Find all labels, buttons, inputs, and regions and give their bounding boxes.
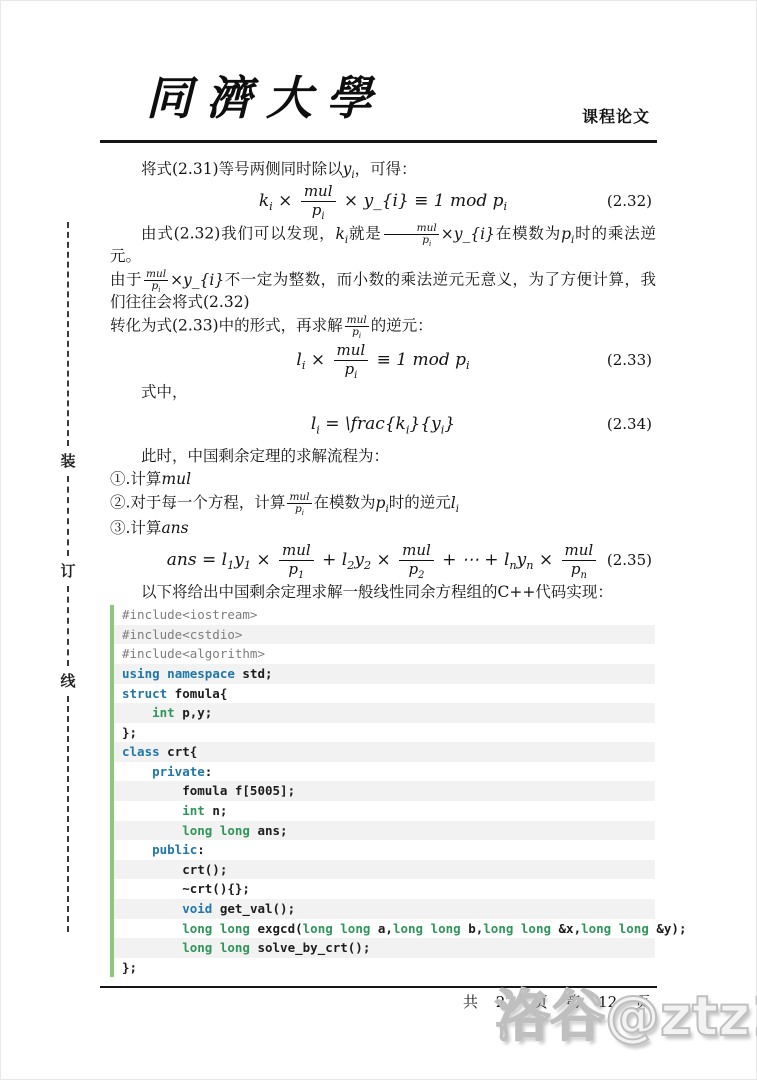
code-token: std; xyxy=(235,666,273,681)
code-line: struct fomula{ xyxy=(114,684,655,704)
code-token: crt{ xyxy=(160,744,198,759)
code-token xyxy=(122,921,182,936)
equation-body: li = \frac{ki}{yi} xyxy=(311,414,455,434)
equation: ki × mulpi × y_{i} ≡ 1 mod pi(2.32) xyxy=(110,182,656,220)
code-token: int xyxy=(182,803,205,818)
code-token: ans; xyxy=(250,823,288,838)
code-token: ~crt(){}; xyxy=(122,881,250,896)
code-line: #include<iostream> xyxy=(114,605,655,625)
equation-label: (2.34) xyxy=(607,415,652,433)
fraction: mulpi xyxy=(345,315,369,338)
equation: ans = l1y1 × mulp1 + l2y2 × mulp2 + ⋯ + … xyxy=(110,541,656,579)
inline-math: yi xyxy=(343,160,355,178)
code-token xyxy=(122,803,182,818)
code-line: long long exgcd(long long a,long long b,… xyxy=(114,919,655,939)
code-token: long long xyxy=(581,921,649,936)
equation: li = \frac{ki}{yi}(2.34) xyxy=(110,405,656,443)
code-token: crt(); xyxy=(122,862,227,877)
code-token: struct xyxy=(122,686,167,701)
inline-math: mul xyxy=(161,470,191,488)
code-line: private: xyxy=(114,762,655,782)
equation-label: (2.33) xyxy=(607,351,652,369)
code-token: : xyxy=(205,764,213,779)
code-line: #include<algorithm> xyxy=(114,644,655,664)
equation: li × mulpi ≡ 1 mod pi(2.33) xyxy=(110,341,656,379)
inline-math: ki xyxy=(335,225,348,243)
fraction: mulpi xyxy=(334,343,369,378)
code-token: private xyxy=(152,764,205,779)
paragraph: 此时，中国剩余定理的求解流程为： xyxy=(110,446,656,466)
code-line: void get_val(); xyxy=(114,899,655,919)
code-token: #include<cstdio> xyxy=(122,627,242,642)
fraction: mulpi xyxy=(287,492,311,515)
paragraph: 由于mulpi×y_{i}不一定为整数，而小数的乘法逆元无意义，为了方便计算，我… xyxy=(110,269,656,312)
fraction: mulpi xyxy=(144,269,168,292)
inline-math: mulpi xyxy=(285,494,313,512)
inline-math: pi xyxy=(376,494,389,512)
document-body: 将式(2.31)等号两侧同时除以yi，可得：ki × mulpi × y_{i}… xyxy=(110,156,656,977)
header-doc-type: 课程论文 xyxy=(582,104,650,127)
code-token: a, xyxy=(370,921,393,936)
code-token: b, xyxy=(461,921,484,936)
paragraph: 由式(2.32)我们可以发现，ki就是mulpi×y_{i}在模数为pi时的乘法… xyxy=(110,223,656,266)
code-token: #include<algorithm> xyxy=(122,646,265,661)
fraction: mulpi xyxy=(301,184,336,219)
binding-dash-segment xyxy=(67,476,69,556)
code-token: &x, xyxy=(551,921,581,936)
code-line: crt(); xyxy=(114,860,655,880)
code-line: long long ans; xyxy=(114,821,655,841)
code-token xyxy=(122,764,152,779)
code-token: class xyxy=(122,744,160,759)
code-token xyxy=(122,823,182,838)
binding-dash-segment xyxy=(67,586,69,666)
paragraph: 将式(2.31)等号两侧同时除以yi，可得： xyxy=(110,159,656,179)
code-token: namespace xyxy=(167,666,235,681)
paragraph: ①.计算mul xyxy=(110,469,656,489)
inline-math: li xyxy=(451,494,459,512)
binding-dash-segment xyxy=(67,696,69,932)
code-line: using namespace std; xyxy=(114,664,655,684)
code-token: long long xyxy=(182,921,250,936)
code-token: : xyxy=(197,842,205,857)
binding-strip: 装 订 线 xyxy=(59,222,77,932)
inline-math: pi xyxy=(561,225,574,243)
header-rule xyxy=(100,140,657,143)
code-token xyxy=(122,940,182,955)
code-token: &y); xyxy=(649,921,687,936)
code-token: long long xyxy=(483,921,551,936)
document-page: 同濟大學 课程论文 装 订 线 将式(2.31)等号两侧同时除以yi，可得：ki… xyxy=(0,0,757,1080)
paragraph: ③.计算ans xyxy=(110,518,656,538)
fraction: mulpn xyxy=(562,543,597,578)
inline-math: mulpi xyxy=(343,317,371,335)
watermark: 洛谷@ztz11 xyxy=(495,972,757,1051)
code-token: long long xyxy=(393,921,461,936)
code-token: int xyxy=(152,705,175,720)
code-token xyxy=(122,705,152,720)
code-token: long long xyxy=(182,940,250,955)
inline-math: ans xyxy=(161,519,188,537)
code-token xyxy=(122,901,182,916)
code-token: get_val(); xyxy=(212,901,295,916)
binding-char-zhuang: 装 xyxy=(60,451,75,471)
binding-dash-segment xyxy=(67,222,69,446)
code-token: long long xyxy=(182,823,250,838)
code-line: int p,y; xyxy=(114,703,655,723)
paragraph: 转化为式(2.33)中的形式，再求解mulpi的逆元： xyxy=(110,315,656,338)
inline-math: mulpi×y_{i} xyxy=(142,271,224,289)
code-token: n; xyxy=(205,803,228,818)
equation-label: (2.35) xyxy=(607,551,652,569)
code-line: int n; xyxy=(114,801,655,821)
binding-char-ding: 订 xyxy=(60,561,75,581)
code-token: }; xyxy=(122,725,137,740)
code-token: fomula{ xyxy=(167,686,227,701)
fraction: mulp2 xyxy=(399,543,434,578)
code-token: exgcd( xyxy=(250,921,303,936)
equation-body: ans = l1y1 × mulp1 + l2y2 × mulp2 + ⋯ + … xyxy=(167,543,599,578)
code-token: public xyxy=(152,842,197,857)
code-line: class crt{ xyxy=(114,742,655,762)
inline-math: mulpi×y_{i} xyxy=(382,225,495,243)
equation-body: ki × mulpi × y_{i} ≡ 1 mod pi xyxy=(259,184,507,219)
equation-label: (2.32) xyxy=(607,192,652,210)
code-token: #include<iostream> xyxy=(122,607,257,622)
code-token: using xyxy=(122,666,160,681)
code-token: solve_by_crt(); xyxy=(250,940,370,955)
code-token xyxy=(122,842,152,857)
paragraph: 式中， xyxy=(110,382,656,402)
code-line: }; xyxy=(114,723,655,743)
code-block: #include<iostream>#include<cstdio>#inclu… xyxy=(110,605,655,977)
code-token: }; xyxy=(122,960,137,975)
code-token: void xyxy=(182,901,212,916)
code-line: long long solve_by_crt(); xyxy=(114,938,655,958)
code-line: public: xyxy=(114,840,655,860)
code-token: p,y; xyxy=(175,705,213,720)
fraction: mulpi xyxy=(384,223,439,246)
binding-char-xian: 线 xyxy=(60,671,75,691)
code-line: ~crt(){}; xyxy=(114,879,655,899)
fraction: mulp1 xyxy=(279,543,314,578)
code-line: fomula f[5005]; xyxy=(114,781,655,801)
code-line: #include<cstdio> xyxy=(114,625,655,645)
code-token: fomula f[5005]; xyxy=(122,783,295,798)
paragraph: 以下将给出中国剩余定理求解一般线性同余方程组的C++代码实现： xyxy=(110,582,656,602)
university-logo: 同濟大學 xyxy=(146,62,386,128)
code-token: long long xyxy=(303,921,371,936)
equation-body: li × mulpi ≡ 1 mod pi xyxy=(296,343,469,378)
paragraph: ②.对于每一个方程，计算mulpi在模数为pi时的逆元li xyxy=(110,492,656,515)
